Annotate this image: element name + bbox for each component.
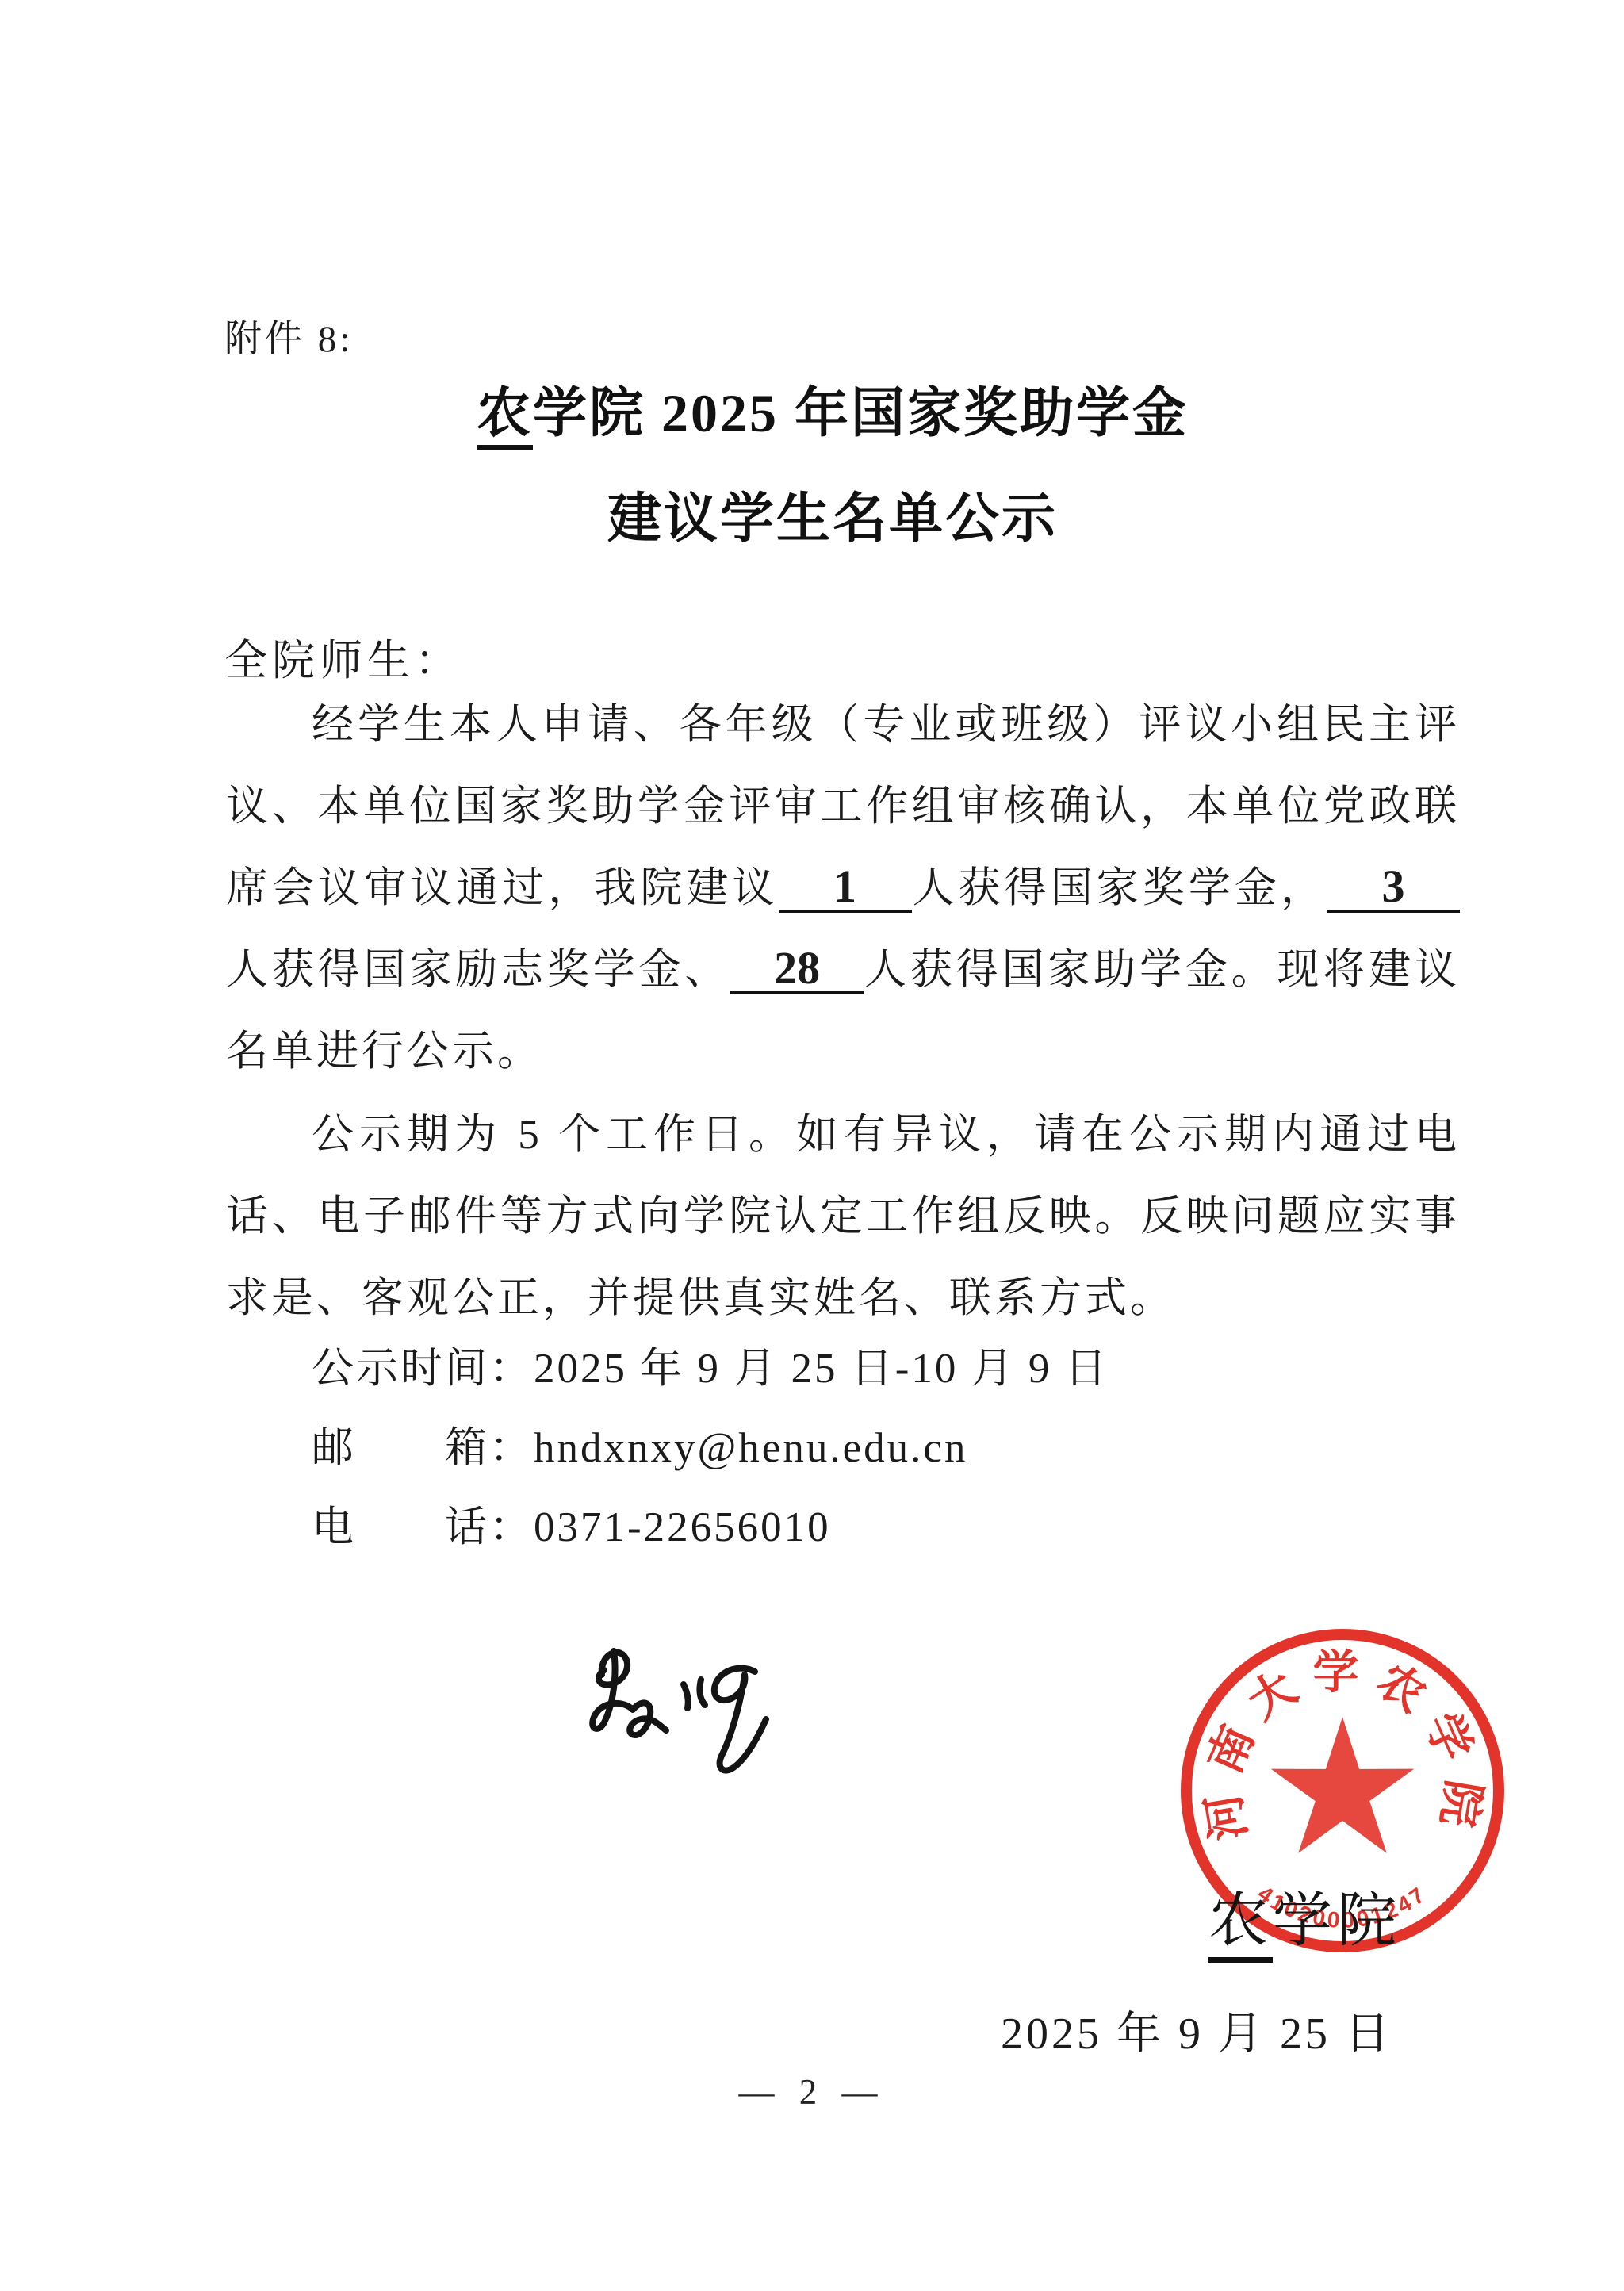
body-paragraph-1: 经学生本人申请、各年级（专业或班级）评议小组民主评议、本单位国家奖助学金评审工作…: [226, 684, 1460, 1093]
encouragement-scholarship-count: 3: [1327, 864, 1460, 913]
page-number: — 2 —: [0, 2071, 1624, 2113]
signature-stroke: [699, 1680, 705, 1705]
para1-segment-2: 人获得国家励志奖学金、: [226, 947, 730, 993]
signing-unit-rest: 学院: [1273, 1888, 1401, 1954]
title-line-1-text: 学院 2025 年国家奖助学金: [533, 383, 1189, 443]
publicity-period-row: 公示时间：2025 年 9 月 25 日-10 月 9 日: [312, 1329, 1109, 1408]
document-date: 2025 年 9 月 25 日: [1001, 1998, 1392, 2062]
body-paragraph-2: 公示期为 5 个工作日。如有异议，请在公示期内通过电话、电子邮件等方式向学院认定…: [226, 1094, 1460, 1339]
title-underlined-char: 农: [477, 383, 533, 450]
email-row: 邮 箱：hndxnxy@henu.edu.cn: [312, 1408, 1109, 1488]
document-title: 农学院 2025 年国家奖助学金 建议学生名单公示: [198, 361, 1467, 572]
publicity-period-label: 公示时间：: [312, 1346, 534, 1392]
phone-value: 0371-22656010: [534, 1504, 831, 1550]
signing-unit-name: 农学院: [1208, 1873, 1401, 1958]
national-scholarship-count: 1: [779, 864, 912, 913]
para1-segment-1: 人获得国家奖学金，: [912, 865, 1327, 911]
signature-stroke: [684, 1684, 688, 1708]
seal-star-icon: [1271, 1717, 1415, 1853]
phone-label: 电 话：: [312, 1504, 534, 1550]
attachment-label: 附件 8:: [224, 309, 353, 362]
signature-stroke: [714, 1668, 766, 1771]
signing-unit-underlined-char: 农: [1208, 1888, 1273, 1963]
email-label: 邮 箱：: [312, 1425, 534, 1471]
salutation: 全院师生：: [224, 626, 462, 688]
handwritten-signature-icon: [565, 1640, 787, 1799]
document-page: 附件 8: 农学院 2025 年国家奖助学金 建议学生名单公示 全院师生： 经学…: [0, 0, 1624, 2291]
signature-stroke: [630, 1703, 666, 1735]
national-grant-count: 28: [730, 945, 864, 994]
title-line-2: 建议学生名单公示: [198, 466, 1467, 572]
phone-row: 电 话：0371-22656010: [312, 1488, 1109, 1567]
title-line-1: 农学院 2025 年国家奖助学金: [198, 361, 1467, 466]
contact-block: 公示时间：2025 年 9 月 25 日-10 月 9 日 邮 箱：hndxnx…: [312, 1329, 1109, 1567]
email-value: hndxnxy@henu.edu.cn: [534, 1425, 967, 1471]
publicity-period-value: 2025 年 9 月 25 日-10 月 9 日: [534, 1346, 1109, 1392]
